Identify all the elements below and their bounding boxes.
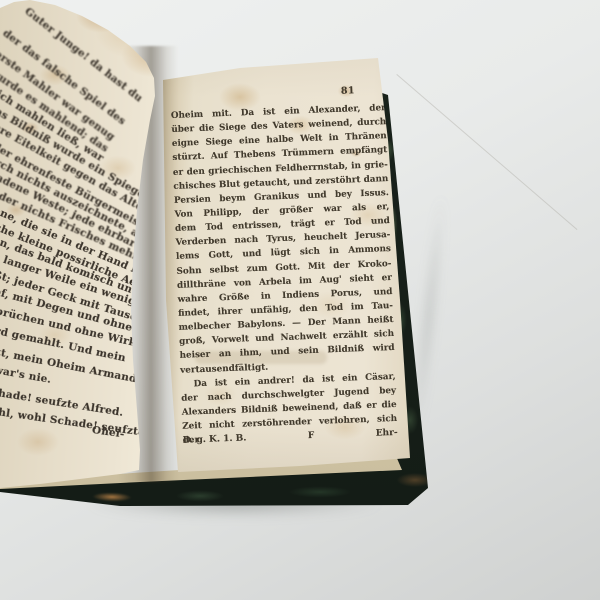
footer-gathering-mark: F	[308, 431, 315, 441]
right-page-body: Oheim mit. Da ist ein Alexander, derüber…	[171, 101, 398, 434]
backdrop-scratch-line	[396, 74, 577, 230]
footer-catchword: Ehr-	[376, 428, 398, 439]
photo-open-book: 81 Oheim mit. Da ist ein Alexander, derü…	[0, 0, 600, 600]
right-page: 81 Oheim mit. Da ist ein Alexander, derü…	[160, 55, 414, 477]
cover-worn-spot	[86, 490, 138, 503]
right-page-text: 81 Oheim mit. Da ist ein Alexander, derü…	[170, 84, 398, 446]
footer-signature: D. g. K. 1. B.	[183, 434, 247, 446]
